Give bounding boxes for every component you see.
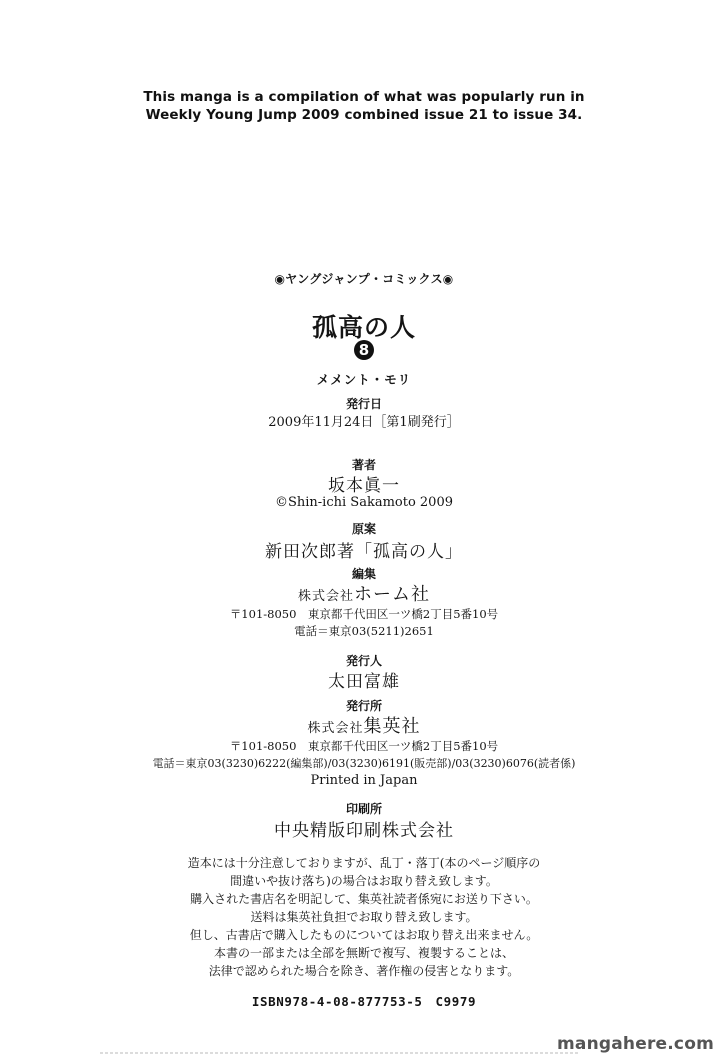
book-title: 孤高の人 — [0, 308, 728, 344]
original-work-label: 原案 — [0, 520, 728, 537]
isbn: ISBN978-4-08-877753-5 C9979 — [0, 992, 728, 1010]
disclaimer-line: 法律で認められた場合を除き、著作権の侵害となります。 — [0, 963, 728, 981]
disclaimer-line: 送料は集英社負担でお取り替え致します。 — [0, 909, 728, 927]
publisher-phone: 電話＝東京03(3230)6222(編集部)/03(3230)6191(販売部)… — [0, 755, 728, 771]
disclaimer-line: 造本には十分注意しておりますが、乱丁・落丁(本のページ順序の — [0, 855, 728, 873]
site-watermark: mangahere.com — [557, 1034, 714, 1054]
editor-company-name: ホーム社 — [354, 584, 430, 605]
original-work-value: 新田次郎著「孤高の人」 — [0, 537, 728, 562]
publisher-person-name: 太田富雄 — [0, 667, 728, 692]
faint-footer-text — [100, 1052, 580, 1054]
notice-line-1: This manga is a compilation of what was … — [0, 88, 728, 106]
printed-in-japan: Printed in Japan — [0, 773, 728, 788]
disclaimer-line: 間違いや抜け落ち)の場合はお取り替え致します。 — [0, 873, 728, 891]
volume-row: 8 — [0, 340, 728, 360]
editor-phone: 電話＝東京03(5211)2651 — [0, 623, 728, 639]
editor-company-prefix: 株式会社 — [298, 589, 354, 604]
chapter-subtitle: メメント・モリ — [0, 370, 728, 388]
publisher-company-name: 集英社 — [364, 716, 421, 737]
volume-number-badge: 8 — [354, 340, 374, 360]
editor-company: 株式会社ホーム社 — [0, 580, 728, 606]
editor-address: 〒101-8050 東京都千代田区一ツ橋2丁目5番10号 — [0, 606, 728, 622]
disclaimer-line: 但し、古書店で購入したものについてはお取り替え出来ません。 — [0, 927, 728, 945]
publisher-address: 〒101-8050 東京都千代田区一ツ橋2丁目5番10号 — [0, 738, 728, 754]
notice-line-2: Weekly Young Jump 2009 combined issue 21… — [0, 106, 728, 124]
disclaimer-line: 本書の一部または全部を無断で複写、複製することは、 — [0, 945, 728, 963]
disclaimer-line: 購入された書店名を明記して、集英社読者係宛にお送り下さい。 — [0, 891, 728, 909]
author-name: 坂本眞一 — [0, 471, 728, 496]
publication-date-value: 2009年11月24日［第1刷発行］ — [0, 411, 728, 430]
copyright-line: ©Shin-ichi Sakamoto 2009 — [0, 495, 728, 510]
series-label: ◉ヤングジャンプ・コミックス◉ — [0, 270, 728, 287]
printer-name: 中央精版印刷株式会社 — [0, 816, 728, 841]
printer-label: 印刷所 — [0, 800, 728, 817]
publisher-company: 株式会社集英社 — [0, 712, 728, 738]
publisher-company-prefix: 株式会社 — [307, 721, 363, 736]
publication-date-label: 発行日 — [0, 395, 728, 412]
